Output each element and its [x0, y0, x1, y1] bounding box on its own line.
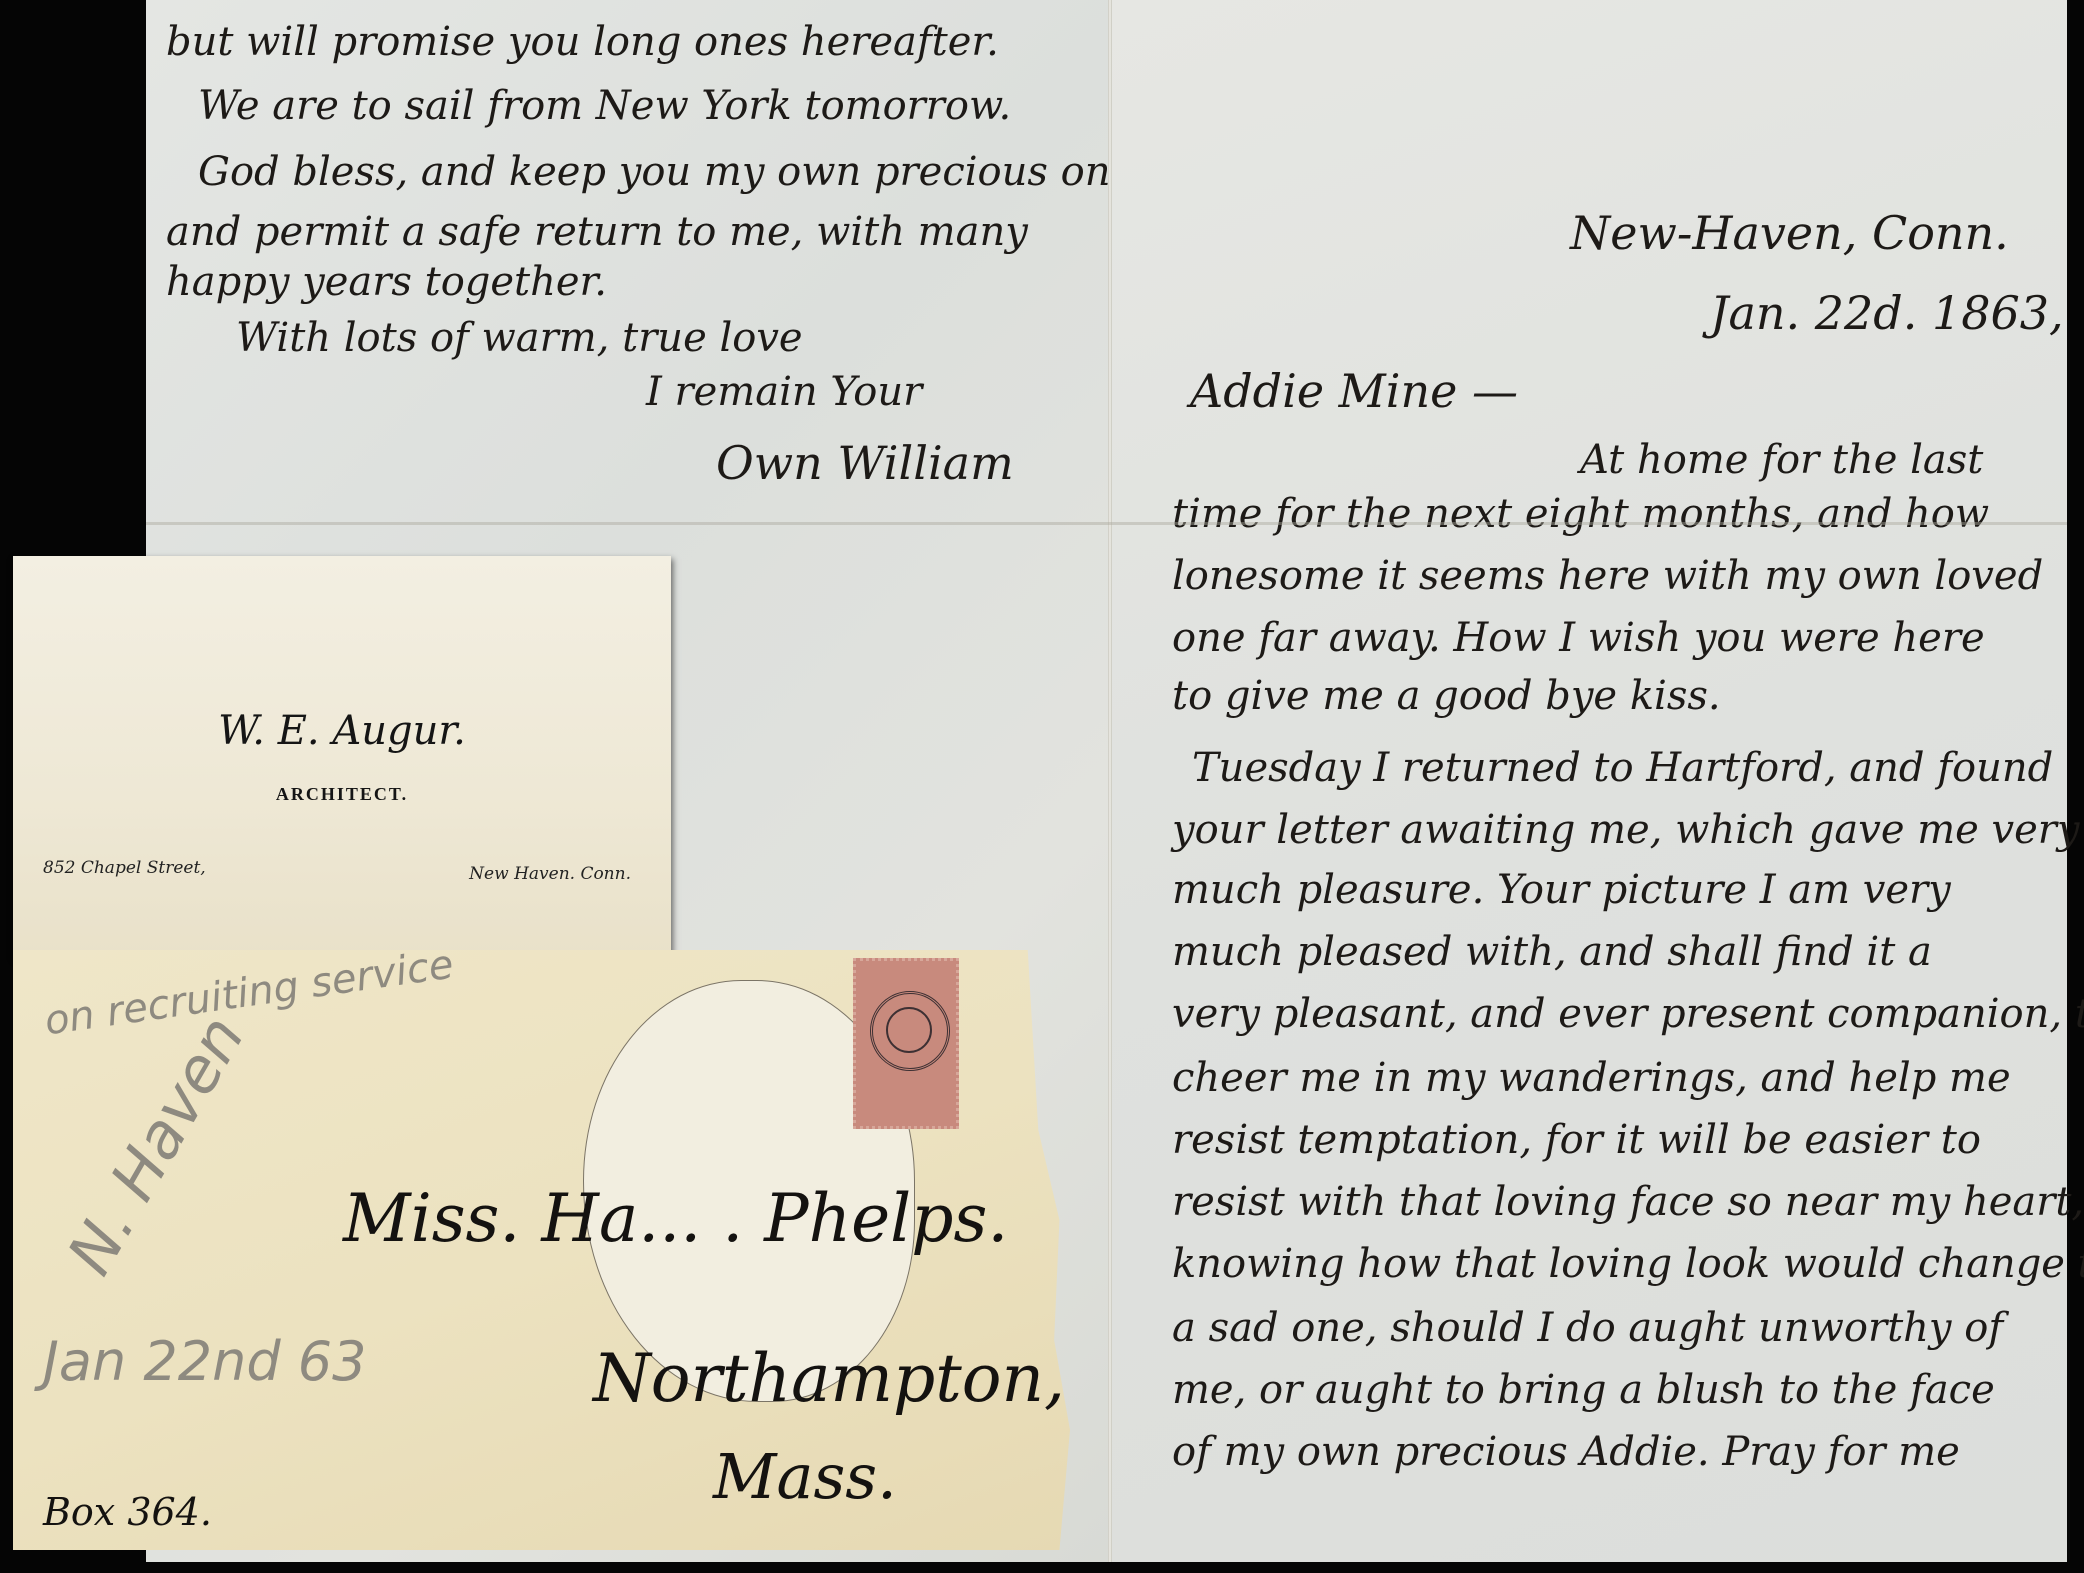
card-title: ARCHITECT. — [13, 784, 671, 805]
letter-line: resist with that loving face so near my … — [1172, 1182, 2084, 1222]
letter-line: resist temptation, for it will be easier… — [1172, 1120, 1981, 1160]
business-card: W. E. Augur. ARCHITECT. 852 Chapel Stree… — [13, 556, 671, 957]
pencil-date: Jan 22nd 63 — [43, 1330, 367, 1393]
recipient-state: Mass. — [713, 1440, 897, 1513]
card-address: 852 Chapel Street, — [43, 858, 206, 878]
letter-line: your letter awaiting me, which gave me v… — [1172, 810, 2080, 850]
pencil-note: on recruiting service — [42, 942, 456, 1045]
closing-line: With lots of warm, true love — [236, 318, 803, 358]
recipient-city: Northampton, — [593, 1340, 1065, 1417]
letter-line: cheer me in my wanderings, and help me — [1172, 1058, 2011, 1098]
card-name: W. E. Augur. — [13, 708, 671, 754]
envelope: on recruiting service N. Haven Jan 22nd … — [13, 950, 1070, 1550]
letter-line: but will promise you long ones hereafter… — [166, 22, 999, 62]
letter-line: Tuesday I returned to Hartford, and foun… — [1192, 748, 2053, 788]
postage-stamp — [853, 958, 959, 1129]
letter-line: much pleasure. Your picture I am very — [1172, 870, 1951, 910]
letter-line: and permit a safe return to me, with man… — [166, 212, 1028, 252]
letter-line: to give me a good bye kiss. — [1172, 676, 1721, 716]
recipient-name: Miss. Ha... . Phelps. — [343, 1180, 1008, 1257]
horizontal-crease — [146, 522, 2067, 525]
letter-line: happy years together. — [166, 262, 607, 302]
letter-line: time for the next eight months, and how — [1172, 494, 1989, 534]
box-number: Box 364. — [43, 1490, 212, 1534]
letter-place: New-Haven, Conn. — [1570, 210, 2009, 256]
letter-line: much pleased with, and shall find it a — [1172, 932, 1932, 972]
card-city: New Haven. Conn. — [469, 864, 631, 884]
page-fold — [1108, 0, 1112, 1562]
letter-line: very pleasant, and ever present companio… — [1172, 994, 2084, 1034]
letter-line: one far away. How I wish you were here — [1172, 618, 1985, 658]
letter-line: of my own precious Addie. Pray for me — [1172, 1432, 1960, 1472]
pencil-note: N. Haven — [53, 1004, 258, 1287]
letter-right-page: New-Haven, Conn. Jan. 22d. 1863, Addie M… — [1110, 0, 2067, 1562]
postmark-ring-icon — [886, 1007, 932, 1053]
letter-line: God bless, and keep you my own precious … — [198, 152, 1134, 192]
letter-line: lonesome it seems here with my own loved — [1172, 556, 2043, 596]
signature: Own William — [716, 440, 1014, 486]
salutation: Addie Mine — — [1190, 368, 1518, 414]
letter-date: Jan. 22d. 1863, — [1710, 290, 2064, 336]
letter-line: At home for the last — [1580, 440, 1983, 480]
letter-line: knowing how that loving look would chang… — [1172, 1244, 2084, 1284]
closing-line: I remain Your — [646, 372, 922, 412]
letter-line: a sad one, should I do aught unworthy of — [1172, 1308, 2003, 1348]
letter-line: me, or aught to bring a blush to the fac… — [1172, 1370, 1995, 1410]
letter-line: We are to sail from New York tomorrow. — [198, 86, 1011, 126]
